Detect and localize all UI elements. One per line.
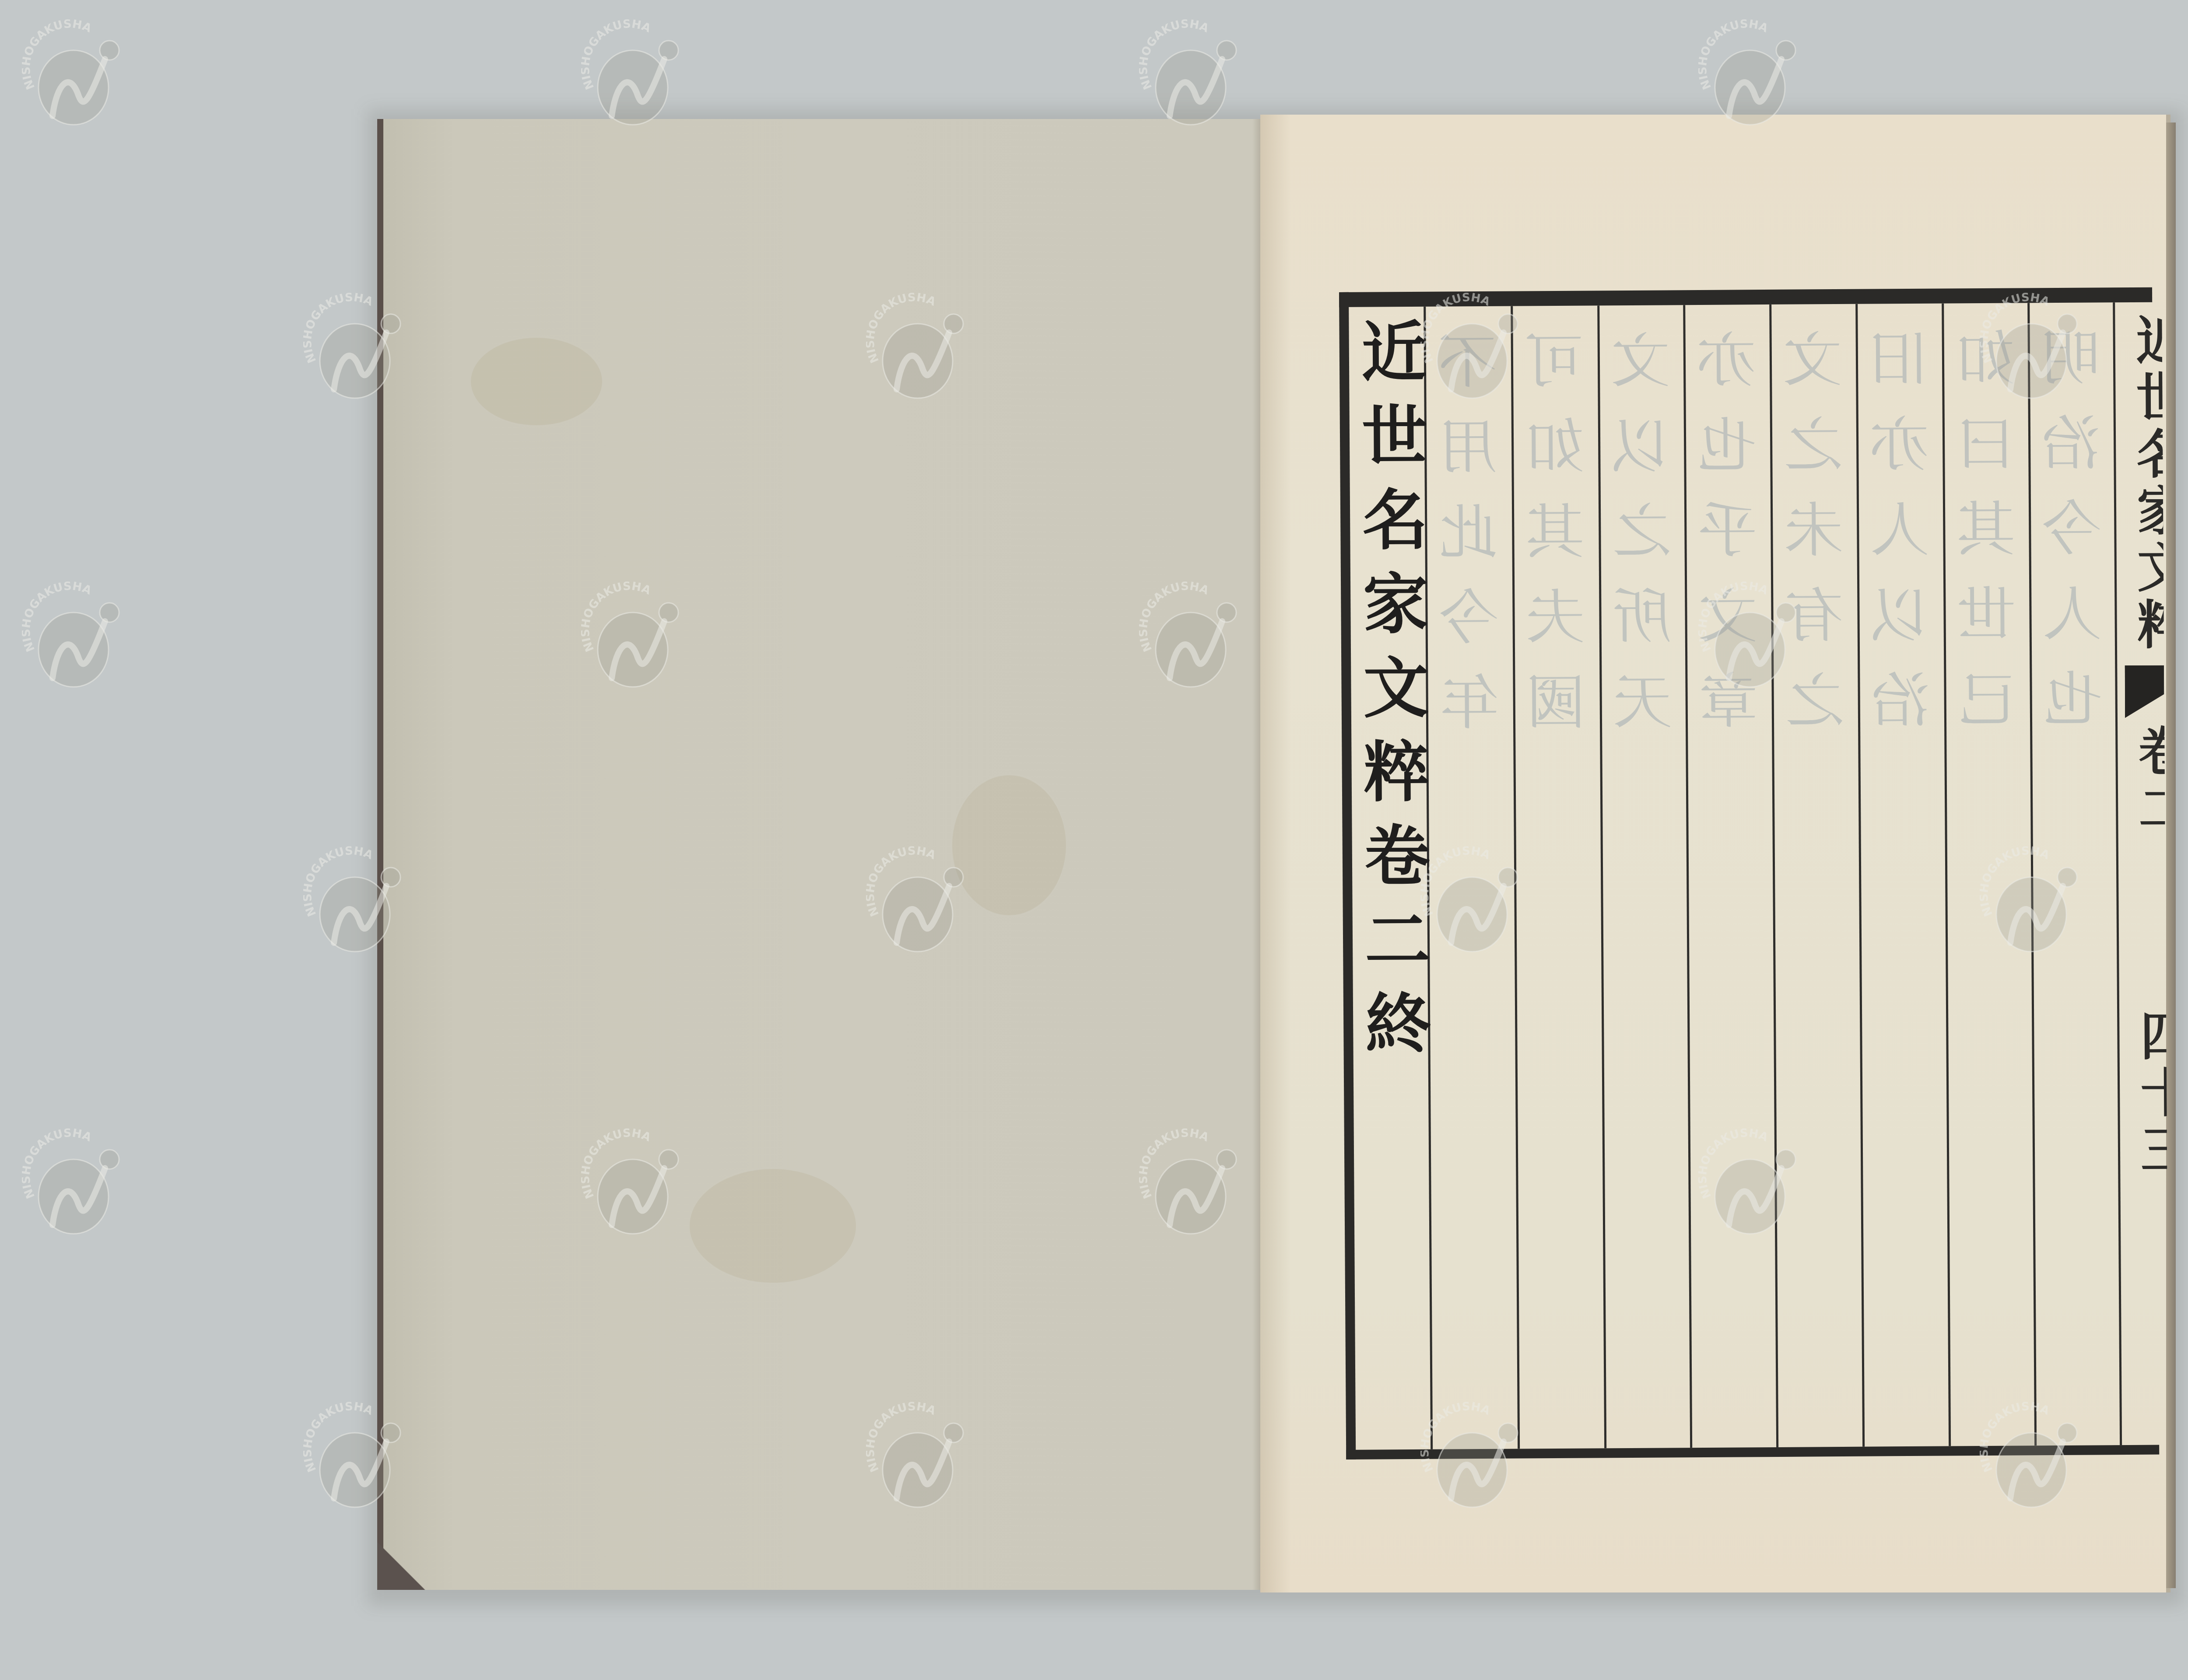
hashira-page-number: 四 十 三 xyxy=(2140,1011,2169,1182)
title-char: 終 xyxy=(1365,992,1431,1058)
title-char: 二 xyxy=(1365,908,1431,974)
title-char: 近 xyxy=(1361,320,1427,386)
title-char: 家 xyxy=(1363,572,1429,638)
show-through-column: 可如其夫國 xyxy=(1515,332,1596,759)
fishtail-mark xyxy=(2125,665,2164,718)
nishogakusha-logo-icon: NISHOGAKUSHA xyxy=(22,17,123,127)
title-char: 世 xyxy=(1362,404,1428,470)
left-page-blank xyxy=(377,119,1260,1590)
svg-text:NISHOGAKUSHA: NISHOGAKUSHA xyxy=(303,844,375,918)
svg-text:NISHOGAKUSHA: NISHOGAKUSHA xyxy=(22,580,93,654)
paper-stain xyxy=(471,338,602,425)
show-through-column: 文以之所天 xyxy=(1601,331,1683,758)
title-char: 文 xyxy=(1363,656,1429,722)
spine-shadow-right xyxy=(1260,115,1291,1592)
show-through-column: 旧亦人以治 xyxy=(1859,330,1941,757)
show-through-column: 亦也乎文章 xyxy=(1687,331,1768,758)
svg-text:NISHOGAKUSHA: NISHOGAKUSHA xyxy=(303,291,375,365)
title-char: 名 xyxy=(1362,488,1428,554)
hashira-fold-strip: 近 世 名 家 文 粹 卷 二 四 十 三 xyxy=(2122,294,2169,1431)
paper-stain xyxy=(690,1169,856,1283)
nishogakusha-logo-icon: NISHOGAKUSHA xyxy=(22,1127,123,1236)
book-spread-scene: 不用此今年 可如其夫國 文以之所天 亦也乎文章 文之未有之 旧亦人以治 如曰其世… xyxy=(0,0,2188,1680)
column-rule xyxy=(2113,302,2122,1445)
svg-text:NISHOGAKUSHA: NISHOGAKUSHA xyxy=(22,17,93,91)
end-of-volume-title: 近 世 名 家 文 粹 卷 二 終 xyxy=(1357,320,1436,1076)
hashira-volume: 卷 二 xyxy=(2138,726,2169,840)
svg-text:NISHOGAKUSHA: NISHOGAKUSHA xyxy=(22,1127,93,1200)
svg-text:NISHOGAKUSHA: NISHOGAKUSHA xyxy=(303,1400,375,1474)
show-through-column: 如曰其世已 xyxy=(1946,329,2027,756)
show-through-column: 不用此今年 xyxy=(1428,332,1509,759)
spine-shadow-left xyxy=(1252,119,1260,1590)
paper-stain xyxy=(952,775,1066,915)
show-through-column: 明治今人也 xyxy=(2031,329,2113,756)
svg-text:NISHOGAKUSHA: NISHOGAKUSHA xyxy=(581,17,652,91)
svg-text:NISHOGAKUSHA: NISHOGAKUSHA xyxy=(1698,17,1770,91)
worn-corner xyxy=(377,1537,443,1590)
nishogakusha-logo-icon: NISHOGAKUSHA xyxy=(22,580,123,689)
printed-frame: 不用此今年 可如其夫國 文以之所天 亦也乎文章 文之未有之 旧亦人以治 如曰其世… xyxy=(1339,287,2159,1459)
title-char: 粹 xyxy=(1364,740,1430,806)
svg-text:NISHOGAKUSHA: NISHOGAKUSHA xyxy=(1139,17,1210,91)
title-char: 卷 xyxy=(1364,824,1430,890)
show-through-column: 文之未有之 xyxy=(1773,330,1855,757)
